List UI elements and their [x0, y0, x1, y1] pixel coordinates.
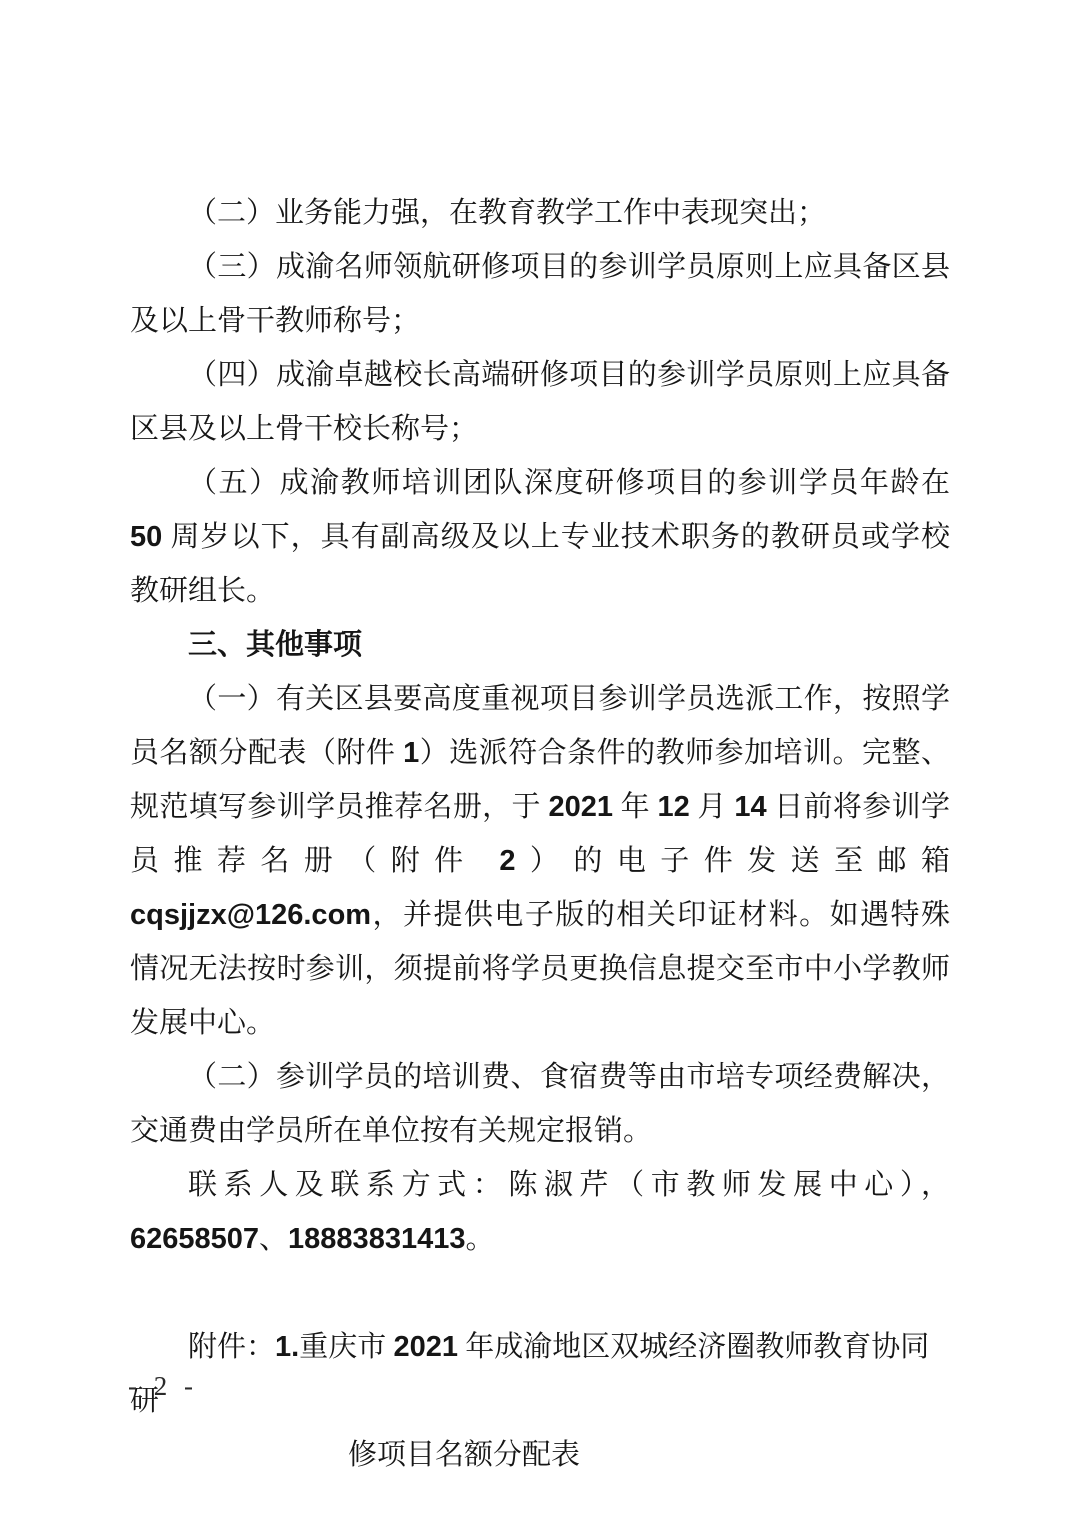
- clause-3-famous-teacher-program: （三）成渝名师领航研修项目的参训学员原则上应具备区县及以上骨干教师称号；: [130, 240, 950, 348]
- text-run: 、: [259, 1223, 288, 1255]
- clause-5-training-team-program: （五）成渝教师培训团队深度研修项目的参训学员年龄在 50 周岁以下，具有副高级及…: [130, 456, 950, 618]
- numeric-text: 1.: [275, 1331, 299, 1363]
- text-run: 月: [690, 791, 735, 823]
- text-run: 周岁以下，具有副高级及以上专业技术职务的教研员或学校教研组长。: [130, 521, 950, 607]
- text-run: 重庆市: [299, 1331, 393, 1363]
- text-run: （五）成渝教师培训团队深度研修项目的参训学员年龄在: [188, 467, 950, 499]
- other-clause-2-fees: （二）参训学员的培训费、食宿费等由市培专项经费解决，交通费由学员所在单位按有关规…: [130, 1050, 950, 1158]
- text-run: （二）参训学员的培训费、食宿费等由市培专项经费解决，交通费由学员所在单位按有关规…: [130, 1061, 950, 1147]
- text-run: 联系人及联系方式：陈淑芹（市教师发展中心），: [188, 1169, 950, 1201]
- clause-2-professional-ability: （二）业务能力强，在教育教学工作中表现突出；: [130, 186, 950, 240]
- numeric-text: 50: [130, 521, 162, 553]
- document-page: （二）业务能力强，在教育教学工作中表现突出；（三）成渝名师领航研修项目的参训学员…: [0, 0, 1074, 1520]
- attachment-line-2: 修项目名额分配表: [348, 1428, 950, 1482]
- text-run: ）的电子件发送至邮箱: [515, 845, 950, 877]
- numeric-text: cqsjjzx@126.com: [130, 899, 371, 931]
- numeric-text: 2021: [548, 791, 613, 823]
- numeric-text: 1: [403, 737, 419, 769]
- text-run: （二）业务能力强，在教育教学工作中表现突出；: [188, 197, 826, 229]
- text-run: 年: [613, 791, 658, 823]
- numeric-text: 2: [499, 845, 515, 877]
- section-heading-other-matters: 三、其他事项: [130, 618, 950, 672]
- document-body: （二）业务能力强，在教育教学工作中表现突出；（三）成渝名师领航研修项目的参训学员…: [130, 186, 950, 1266]
- page-number: - 2 -: [128, 1368, 198, 1404]
- text-run: 附件：: [188, 1331, 275, 1363]
- clause-4-principal-program: （四）成渝卓越校长高端研修项目的参训学员原则上应具备区县及以上骨干校长称号；: [130, 348, 950, 456]
- attachment-line-1: 附件：1.重庆市 2021 年成渝地区双城经济圈教师教育协同研: [130, 1320, 950, 1428]
- text-run: （四）成渝卓越校长高端研修项目的参训学员原则上应具备区县及以上骨干校长称号；: [130, 359, 950, 445]
- numeric-text: 14: [734, 791, 766, 823]
- numeric-text: 62658507: [130, 1223, 259, 1255]
- other-clause-1-selection-and-roster: （一）有关区县要高度重视项目参训学员选派工作，按照学员名额分配表（附件 1）选派…: [130, 672, 950, 1050]
- text-run: （三）成渝名师领航研修项目的参训学员原则上应具备区县及以上骨干教师称号；: [130, 251, 950, 337]
- numeric-text: 12: [658, 791, 690, 823]
- numeric-text: 2021: [393, 1331, 458, 1363]
- attachment-section: 附件：1.重庆市 2021 年成渝地区双城经济圈教师教育协同研 修项目名额分配表: [130, 1320, 950, 1482]
- text-run: 。: [465, 1223, 494, 1255]
- numeric-text: 18883831413: [288, 1223, 465, 1255]
- contact-info: 联系人及联系方式：陈淑芹（市教师发展中心），62658507、188838314…: [130, 1158, 950, 1266]
- text-run: 三、其他事项: [188, 629, 362, 661]
